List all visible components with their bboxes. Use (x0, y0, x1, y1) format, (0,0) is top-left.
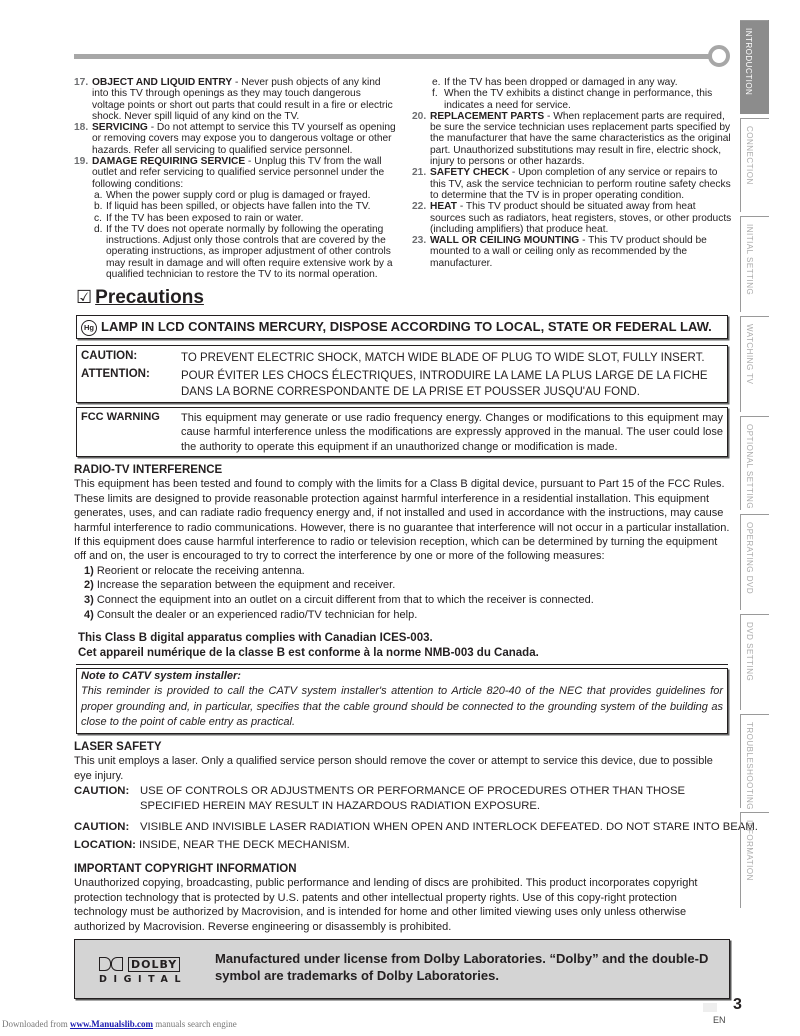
caution-box: CAUTION: TO PREVENT ELECTRIC SHOCK, MATC… (76, 345, 728, 403)
tab-information[interactable]: INFORMATION (740, 812, 770, 908)
safety-item: 18.SERVICING - Do not attempt to service… (74, 122, 396, 156)
mercury-hg-icon: Hg (81, 320, 97, 336)
measure-item: 1) Reorient or relocate the receiving an… (84, 564, 730, 579)
measure-item: 3) Connect the equipment into an outlet … (84, 593, 730, 608)
tab-introduction[interactable]: INTRODUCTION (740, 20, 769, 114)
header-rule-circle (708, 45, 730, 67)
safety-item: 20.REPLACEMENT PARTS - When replacement … (412, 111, 732, 167)
catv-note-box: Note to CATV system installer: This remi… (76, 668, 728, 734)
copyright-section: IMPORTANT COPYRIGHT INFORMATION Unauthor… (74, 862, 730, 934)
tab-operating-dvd[interactable]: OPERATING DVD (740, 514, 770, 610)
tab-watching-tv[interactable]: WATCHING TV (740, 316, 770, 412)
laser-location: LOCATION: INSIDE, NEAR THE DECK MECHANIS… (74, 838, 350, 853)
tab-connection[interactable]: CONNECTION (740, 118, 770, 212)
measure-item: 4) Consult the dealer or an experienced … (84, 608, 730, 623)
condition-item: d.If the TV does not operate normally by… (74, 224, 396, 280)
condition-item: c.If the TV has been exposed to rain or … (74, 213, 396, 224)
safety-item: 19.DAMAGE REQUIRING SERVICE - Unplug thi… (74, 156, 396, 190)
radio-tv-body: This equipment has been tested and found… (74, 477, 730, 563)
dolby-digital-logo: DOLBY DIGITAL (99, 957, 187, 985)
page-number: 3 (733, 996, 742, 1014)
dolby-notice-box: DOLBY DIGITAL Manufactured under license… (74, 939, 730, 999)
dolby-trademark-text: Manufactured under license from Dolby La… (215, 950, 725, 984)
safety-item: 21.SAFETY CHECK - Upon completion of any… (412, 167, 732, 201)
condition-item: e.If the TV has been dropped or damaged … (412, 77, 732, 88)
catv-title: Note to CATV system installer: (77, 669, 727, 684)
language-label: EN (713, 1015, 726, 1025)
divider (76, 664, 728, 665)
canada-compliance: This Class B digital apparatus complies … (78, 631, 539, 661)
tab-optional-setting[interactable]: OPTIONAL SETTING (740, 416, 770, 510)
manualslib-link[interactable]: www.Manualslib.com (70, 1019, 153, 1029)
precautions-heading: ☑Precautions (76, 287, 204, 309)
laser-safety-section: LASER SAFETY This unit employs a laser. … (74, 740, 730, 783)
measure-item: 2) Increase the separation between the e… (84, 578, 730, 593)
condition-item: f.When the TV exhibits a distinct change… (412, 88, 732, 111)
safety-item: 17.OBJECT AND LIQUID ENTRY - Never push … (74, 77, 396, 122)
header-rule (74, 54, 710, 59)
double-d-icon (99, 957, 125, 971)
page-marker (703, 1003, 717, 1012)
tab-troubleshooting[interactable]: TROUBLESHOOTING (740, 714, 770, 808)
radio-tv-interference-section: RADIO-TV INTERFERENCE This equipment has… (74, 463, 730, 622)
measures-list: 1) Reorient or relocate the receiving an… (74, 564, 730, 622)
safety-item: 22.HEAT - This TV product should be situ… (412, 201, 732, 235)
safety-column-right: e.If the TV has been dropped or damaged … (412, 77, 732, 269)
tab-initial-setting[interactable]: INITIAL SETTING (740, 216, 770, 312)
tab-dvd-setting[interactable]: DVD SETTING (740, 614, 770, 710)
fcc-warning-box: FCC WARNING This equipment may generate … (76, 407, 728, 457)
catv-body: This reminder is provided to call the CA… (77, 684, 727, 730)
condition-item: a.When the power supply cord or plug is … (74, 190, 396, 201)
radio-tv-heading: RADIO-TV INTERFERENCE (74, 463, 730, 477)
condition-item: b.If liquid has been spilled, or objects… (74, 201, 396, 212)
checkbox-icon: ☑ (76, 287, 92, 307)
download-footer: Downloaded from www.Manualslib.com manua… (2, 1019, 237, 1029)
safety-column-left: 17.OBJECT AND LIQUID ENTRY - Never push … (74, 77, 396, 280)
safety-item: 23.WALL OR CEILING MOUNTING - This TV pr… (412, 235, 732, 269)
mercury-notice-box: HgLAMP IN LCD CONTAINS MERCURY, DISPOSE … (76, 315, 728, 339)
